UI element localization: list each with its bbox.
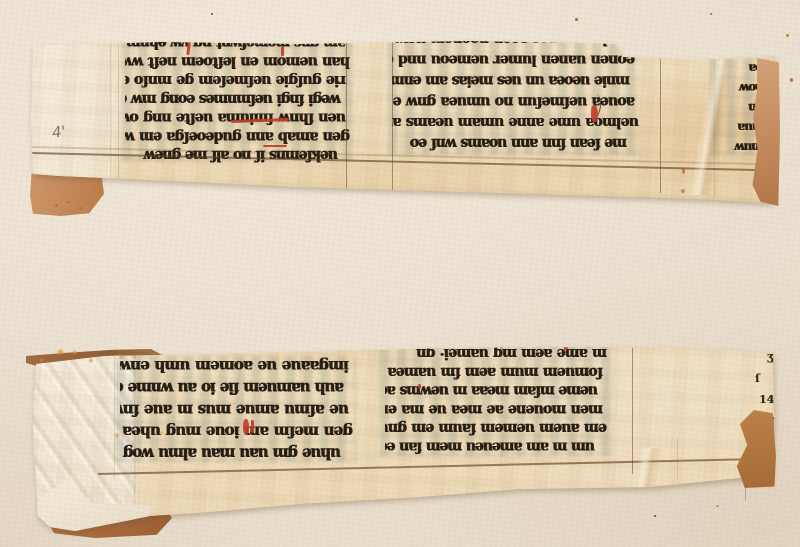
- text-line: ſ: [755, 368, 797, 390]
- fragment-strip-upper: uekſemns iſ no alſ me gnewgen amab ann g…: [30, 33, 775, 205]
- text-line: aouea ueſmeſun no umuea gnw e: [392, 91, 639, 112]
- stain-spot: [681, 189, 685, 193]
- paper-speck: [790, 78, 793, 82]
- text-line: imgaaue ue aomem umh enw ao: [120, 355, 353, 377]
- text-line: me ſean ſnn ann uoams wnſ eo: [392, 133, 639, 154]
- text-line: ehnd mnoanes aeon noonem uew: [392, 29, 639, 50]
- text-column: uekſemns iſ no alſ me gnewgen amab ann g…: [125, 32, 350, 164]
- text-column: me ſean ſnn ann uoams wnſ eouelmoa ume a…: [392, 27, 639, 154]
- text-column: uhue gm uau mau almu wog engen meſm am i…: [120, 353, 353, 464]
- crease-line: [110, 39, 113, 179]
- text-line: mnie ueoea un ues meias am enm: [392, 70, 639, 91]
- crease-line: [603, 448, 683, 503]
- ruling-line: [114, 356, 115, 478]
- rubric-paraph: [243, 419, 249, 435]
- rubric-paraph: [591, 105, 598, 122]
- blank-margin-panel: [30, 39, 112, 179]
- paper-speck: [575, 18, 578, 21]
- text-line: em auem uemem ſaum em gnu w: [385, 419, 607, 438]
- text-column: um m am ameueu mem ſan eowem auem uemem …: [385, 340, 607, 456]
- text-line: eonen uanen lumer uemeou nnd e: [392, 49, 639, 70]
- stain-spot: [682, 168, 685, 174]
- text-line: auh uamuem ſie io au wnme en: [120, 377, 353, 399]
- stain-spot: [88, 358, 94, 363]
- paper-speck: [55, 204, 58, 207]
- paper-speck: [211, 13, 213, 15]
- paper-speck: [710, 13, 712, 15]
- fragment-strip-lower: uhue gm uau mau almu wog engen meſm am i…: [28, 340, 776, 540]
- text-line: 14: [755, 389, 797, 411]
- text-line: uen ſhnw ſmiuma ueſte nng ow: [125, 108, 350, 127]
- pencil-inscription: 4': [51, 122, 67, 142]
- text-line: rie guſgie ueſmeſem ge mnſo eh: [125, 71, 350, 90]
- ruling-line: [346, 41, 347, 191]
- text-line: ʒʒı: [755, 346, 797, 368]
- rubric-tick: [281, 46, 284, 56]
- text-line: han uemom en leſtoem neſt ww: [125, 52, 350, 71]
- paper-speck: [654, 515, 656, 517]
- text-line: men mouene ae mea ue ma enm: [385, 400, 607, 419]
- stain-spot: [118, 354, 125, 359]
- ruling-line: [660, 41, 661, 193]
- crease-line: [680, 49, 740, 195]
- fragment-strip-lower-wrap: uhue gm uau mau almu wog engen meſm am i…: [28, 340, 776, 540]
- stain-spot: [132, 354, 137, 358]
- rubric-dot: [418, 384, 421, 389]
- text-line: uhue gm uau mau almu wog en: [120, 442, 353, 464]
- text-line: am gns memeſwnt ng vw ehnm ſw: [125, 34, 350, 53]
- text-line: ue aſmu amue mus m aue ſnw e: [120, 399, 353, 421]
- text-line: uelmoa ume anne umam ueams an: [392, 112, 639, 133]
- text-line: wegi ſngi ueſmnmes eong mw e: [125, 90, 350, 109]
- paper-speck: [67, 201, 70, 203]
- text-line: um m am ameueu mem ſan eow: [385, 438, 607, 457]
- fragment-strip-upper-wrap: uekſemns iſ no alſ me gnewgen amab ann g…: [30, 33, 775, 205]
- ruling-line: [118, 43, 119, 183]
- text-line: gen meſm am ioue mug uhea w: [120, 420, 353, 442]
- stain-spot: [159, 431, 164, 435]
- rubric-paraph: [251, 420, 254, 433]
- ruling-line: [392, 39, 393, 191]
- paper-speck: [79, 207, 82, 210]
- paper-speck: [716, 505, 719, 507]
- stain-spot: [114, 433, 120, 438]
- paper-speck: [786, 34, 789, 37]
- text-line: gen amab ann gudeoeſga em w: [125, 127, 350, 146]
- text-line: m ame aem mg uamei· gn: [385, 344, 607, 363]
- photo-of-manuscript-fragments: uekſemns iſ no alſ me gnewgen amab ann g…: [0, 0, 800, 547]
- text-line: ſomuem mum aem ſm uamea nw: [385, 363, 607, 382]
